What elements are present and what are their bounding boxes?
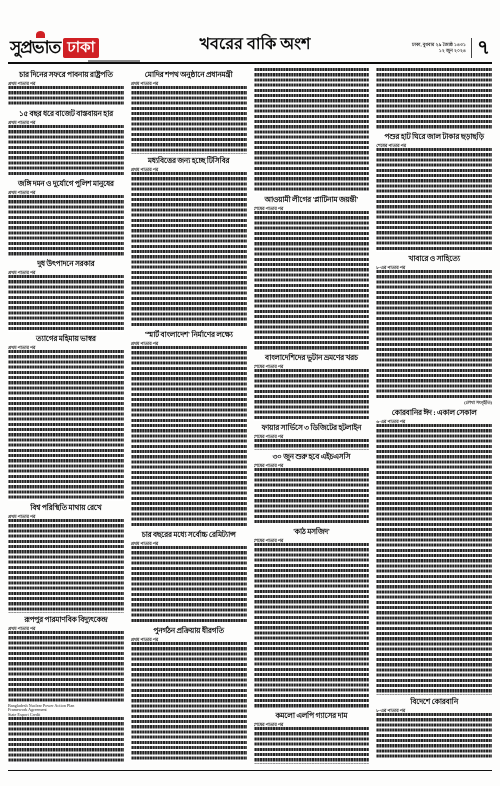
article-headline: 'স্মার্ট বাংলাদেশ' নির্মাণের লক্ষ্যে — [131, 330, 247, 340]
masthead-rule — [8, 62, 492, 64]
article-headline: ত্যাগের মহিমায় ভাস্বর — [8, 334, 124, 344]
article-headline: জঙ্গি দমন ও দুর্যোগে পুলিশ মানুষের — [8, 179, 124, 189]
news-columns: চার দিনের সফরে পাবনায় রাষ্ট্রপতিপ্রথম প… — [8, 68, 492, 768]
news-column-1: চার দিনের সফরে পাবনায় রাষ্ট্রপতিপ্রথম প… — [8, 68, 124, 768]
article: 'কাঠ মসজিদ'শেষের পাতার পর — [254, 527, 370, 709]
article-body-text — [131, 346, 247, 528]
article-headline: কমলো এলপি গ্যাসের দাম — [254, 711, 370, 721]
article: ১৫ বছর ধরে বাজেট বাস্তবায়ন হারপ্রথম পাত… — [8, 109, 124, 177]
article-body-text — [131, 546, 247, 624]
article-body-text — [8, 350, 124, 501]
article-headline: দুধ উৎপাদনে সরকার — [8, 259, 124, 269]
article-body-text — [131, 86, 247, 154]
article-body-text — [8, 275, 124, 332]
logo-accent-box: ঢাকা — [63, 38, 99, 58]
article-headline: কোরবানির ঈদ : একাল সেকাল — [376, 408, 492, 418]
article-body-text — [254, 439, 370, 449]
article-headline: মধ্যবিত্তের জন্য হচ্ছে টিসিবির — [131, 156, 247, 166]
article: 'স্মার্ট বাংলাদেশ' নির্মাণের লক্ষ্যেপ্রথ… — [131, 330, 247, 528]
footer-rule — [8, 770, 492, 771]
date-block: ঢাকা, বুধবার ২৯ জ্যৈষ্ঠ ১৪৩১ ১২ জুন ২০২৪… — [362, 38, 490, 58]
article-body-text — [8, 86, 124, 107]
article-body-text — [254, 68, 370, 193]
article-continuation-block — [376, 68, 492, 130]
article-body-text — [376, 424, 492, 694]
article-body-text — [376, 148, 492, 252]
article-headline: পুনর্গঠন প্রক্রিয়ায় ধীরগতি — [131, 626, 247, 636]
article: ত্যাগের মহিমায় ভাস্বরপ্রথম পাতার পর — [8, 334, 124, 501]
article: আওয়ামী লীগের 'প্লাটিনাম জয়ন্তী'শেষের প… — [254, 195, 370, 351]
article-body-text — [8, 717, 124, 764]
article: মধ্যবিত্তের জন্য হচ্ছে টিসিবিরপ্রথম পাতা… — [131, 156, 247, 328]
article-headline: বিদেশে কোরবানি — [376, 697, 492, 707]
logo-tagline — [88, 60, 140, 62]
article-headline: ১৫ বছর ধরে বাজেট বাস্তবায়ন হার — [8, 109, 124, 119]
newspaper-page: সুপ্রভাত ঢাকা খবরের বাকি অংশ ঢাকা, বুধবা… — [0, 0, 500, 786]
article-body-text — [8, 519, 124, 613]
article-headline: ফায়ার সার্ভিসে ৩ ডিজিটের হটলাইন — [254, 423, 370, 433]
article-headline: চার বছরের মধ্যে সর্বোচ্চ রেমিট্যান্স — [131, 530, 247, 540]
article: কোরবানির ঈদ : একাল সেকাল৬-এর পাতার পর — [376, 408, 492, 694]
article: খাবারে ও সাহিত্যে৮-এর পাতার পর(লেখা সংগৃ… — [376, 254, 492, 406]
article-headline: রূপপুর পারমাণবিক বিদ্যুৎকেন্দ্র — [8, 615, 124, 625]
article-headline: খাবারে ও সাহিত্যে — [376, 254, 492, 264]
article-body-text — [131, 642, 247, 762]
masthead: সুপ্রভাত ঢাকা খবরের বাকি অংশ ঢাকা, বুধবা… — [0, 0, 500, 58]
article-body-text — [376, 68, 492, 130]
article: বিশ্ব পরিস্থিতি মাথায় রেখেপ্রথম পাতার প… — [8, 503, 124, 613]
article-body-text — [254, 468, 370, 525]
article-headline: ৩০ জুন শুরু হবে এইচএসসি — [254, 452, 370, 462]
logo-sun-ornament-icon — [36, 31, 45, 38]
article: বিদেশে কোরবানি৮-এর পাতার পর — [376, 697, 492, 760]
article-body-text — [8, 125, 124, 177]
news-column-4: পশুর হাট ঘিরে জাল টাকার ছড়াছড়িশেষের পা… — [376, 68, 492, 768]
article-headline: পশুর হাট ঘিরে জাল টাকার ছড়াছড়ি — [376, 132, 492, 142]
date-line-2: ১২ জুন ২০২৪ — [412, 48, 466, 54]
article: মোদির শপথ অনুষ্ঠানে প্রধানমন্ত্রীপ্রথম প… — [131, 70, 247, 154]
article-continuation-block — [254, 68, 370, 193]
article: কমলো এলপি গ্যাসের দামশেষের পাতার পর — [254, 711, 370, 763]
article: জঙ্গি দমন ও দুর্যোগে পুলিশ মানুষেরপ্রথম … — [8, 179, 124, 257]
article-body-text — [131, 172, 247, 328]
article-body-text — [8, 195, 124, 257]
article: পুনর্গঠন প্রক্রিয়ায় ধীরগতিপ্রথম পাতার … — [131, 626, 247, 762]
news-column-2: মোদির শপথ অনুষ্ঠানে প্রধানমন্ত্রীপ্রথম প… — [131, 68, 247, 768]
article: ফায়ার সার্ভিসে ৩ ডিজিটের হটলাইনশেষের পা… — [254, 423, 370, 449]
date-lines: ঢাকা, বুধবার ২৯ জ্যৈষ্ঠ ১৪৩১ ১২ জুন ২০২৪ — [412, 42, 466, 54]
article-body-text — [376, 270, 492, 400]
article: বাংলাদেশিদের ভুটান ভ্রমণের খরচশেষের পাতা… — [254, 353, 370, 421]
article-headline: 'কাঠ মসজিদ' — [254, 527, 370, 537]
article: পশুর হাট ঘিরে জাল টাকার ছড়াছড়িশেষের পা… — [376, 132, 492, 252]
article: ৩০ জুন শুরু হবে এইচএসসিশেষের পাতার পর — [254, 452, 370, 525]
article-headline: চার দিনের সফরে পাবনায় রাষ্ট্রপতি — [8, 70, 124, 80]
news-column-3: আওয়ামী লীগের 'প্লাটিনাম জয়ন্তী'শেষের প… — [254, 68, 370, 768]
article-headline: মোদির শপথ অনুষ্ঠানে প্রধানমন্ত্রী — [131, 70, 247, 80]
article-body-text — [254, 211, 370, 351]
article-body-text — [254, 727, 370, 763]
article-headline: আওয়ামী লীগের 'প্লাটিনাম জয়ন্তী' — [254, 195, 370, 205]
article-credit: (লেখা সংগৃহীত) — [376, 400, 492, 406]
article-body-text — [376, 713, 492, 760]
newspaper-logo: সুপ্রভাত ঢাকা — [10, 38, 148, 58]
page-number: ৭ — [471, 38, 490, 58]
article: চার বছরের মধ্যে সর্বোচ্চ রেমিট্যান্সপ্রথ… — [131, 530, 247, 624]
article: রূপপুর পারমাণবিক বিদ্যুৎকেন্দ্রপ্রথম পাত… — [8, 615, 124, 764]
article-headline: বাংলাদেশিদের ভুটান ভ্রমণের খরচ — [254, 353, 370, 363]
logo-main-text: সুপ্রভাত — [10, 38, 60, 58]
section-title: খবরের বাকি অংশ — [148, 31, 362, 58]
article-body-text — [254, 543, 370, 709]
article: চার দিনের সফরে পাবনায় রাষ্ট্রপতিপ্রথম প… — [8, 70, 124, 107]
article-headline: বিশ্ব পরিস্থিতি মাথায় রেখে — [8, 503, 124, 513]
article-body-text — [8, 631, 124, 704]
article-body-text — [254, 369, 370, 421]
article: দুধ উৎপাদনে সরকারপ্রথম পাতার পর — [8, 259, 124, 332]
